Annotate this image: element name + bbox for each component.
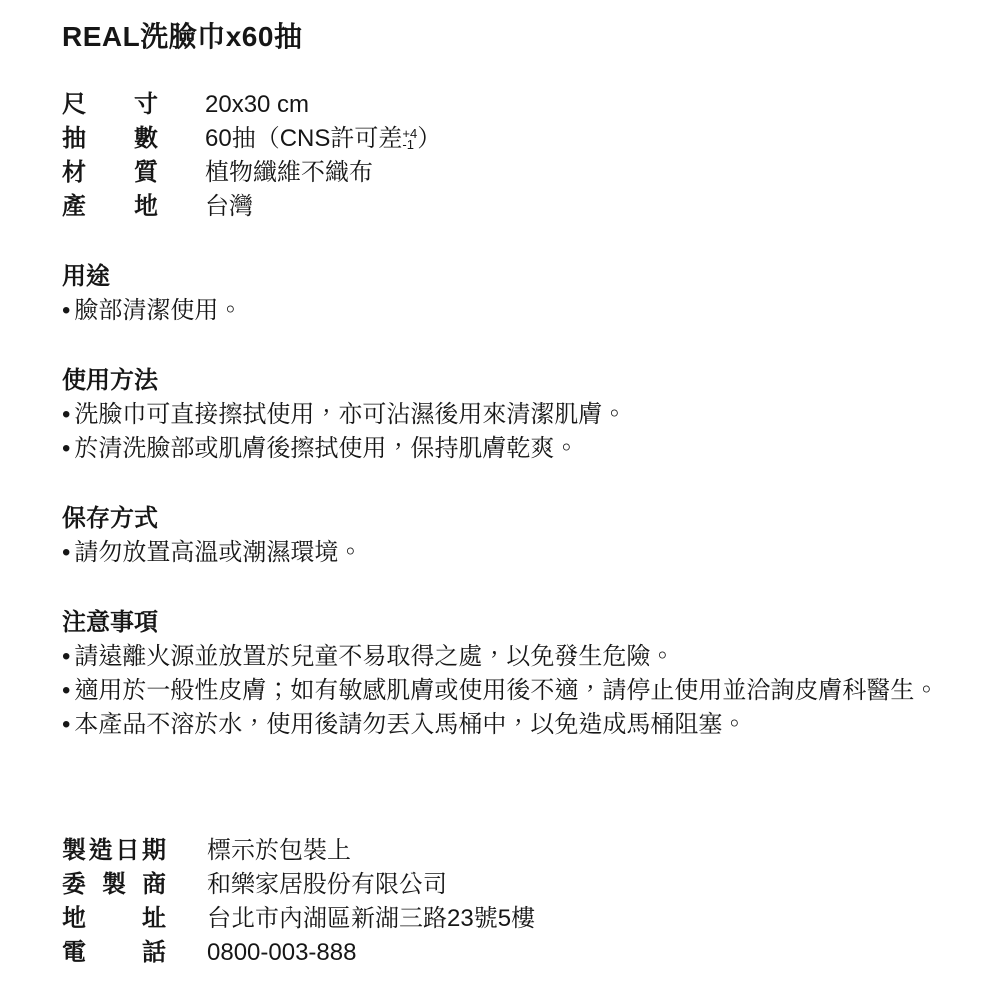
spec-list: 尺寸 20x30 cm 抽數 60抽（CNS許可差+4-1） 材質 植物纖維不織… xyxy=(62,88,980,224)
precautions-bullet-1: • 請遠離火源並放置於兒童不易取得之處，以免發生危險。 xyxy=(62,640,980,674)
storage-bullet-1: • 請勿放置高溫或潮濕環境。 xyxy=(62,536,980,570)
spec-value-size: 20x30 cm xyxy=(205,88,309,122)
mfr-value-phone: 0800-003-888 xyxy=(207,936,356,970)
mfr-value-commissioner: 和樂家居股份有限公司 xyxy=(207,868,447,902)
usage-bullet-1: • 臉部清潔使用。 xyxy=(62,294,980,328)
bullet-icon: • xyxy=(62,294,70,328)
spec-value-material: 植物纖維不織布 xyxy=(205,156,373,190)
spec-count-suffix: ） xyxy=(417,125,441,152)
precautions-bullet-2: • 適用於一般性皮膚；如有敏感肌膚或使用後不適，請停止使用並洽詢皮膚科醫生。 xyxy=(62,674,980,708)
precautions-bullet-3-text: 本產品不溶於水，使用後請勿丟入馬桶中，以免造成馬桶阻塞。 xyxy=(74,708,746,742)
spec-label-size: 尺寸 xyxy=(62,88,158,122)
mfr-label-mfg-date: 製造日期 xyxy=(62,834,166,868)
bullet-icon: • xyxy=(62,536,70,570)
section-precautions-heading: 注意事項 xyxy=(62,606,980,640)
mfr-row-phone: 電話 0800-003-888 xyxy=(62,936,980,970)
tolerance-stack: +4-1 xyxy=(402,128,417,150)
spec-row-count: 抽數 60抽（CNS許可差+4-1） xyxy=(62,122,980,156)
spec-row-material: 材質 植物纖維不織布 xyxy=(62,156,980,190)
precautions-bullet-1-text: 請遠離火源並放置於兒童不易取得之處，以免發生危險。 xyxy=(74,640,674,674)
bullet-icon: • xyxy=(62,398,70,432)
spec-label-count: 抽數 xyxy=(62,122,158,156)
mfr-label-commissioner: 委製商 xyxy=(62,868,166,902)
how-to-use-bullet-2-text: 於清洗臉部或肌膚後擦拭使用，保持肌膚乾爽。 xyxy=(74,432,578,466)
product-title: REAL洗臉巾x60抽 xyxy=(62,20,980,54)
bullet-icon: • xyxy=(62,708,70,742)
usage-bullet-1-text: 臉部清潔使用。 xyxy=(74,294,242,328)
section-usage-heading: 用途 xyxy=(62,260,980,294)
precautions-bullet-3: • 本產品不溶於水，使用後請勿丟入馬桶中，以免造成馬桶阻塞。 xyxy=(62,708,980,742)
spec-row-origin: 產地 台灣 xyxy=(62,190,980,224)
section-storage-heading: 保存方式 xyxy=(62,502,980,536)
section-how-to-use: 使用方法 • 洗臉巾可直接擦拭使用，亦可沾濕後用來清潔肌膚。 • 於清洗臉部或肌… xyxy=(62,364,980,466)
how-to-use-bullet-2: • 於清洗臉部或肌膚後擦拭使用，保持肌膚乾爽。 xyxy=(62,432,980,466)
how-to-use-bullet-1-text: 洗臉巾可直接擦拭使用，亦可沾濕後用來清潔肌膚。 xyxy=(74,398,626,432)
spec-row-size: 尺寸 20x30 cm xyxy=(62,88,980,122)
mfr-row-mfg-date: 製造日期 標示於包裝上 xyxy=(62,834,980,868)
section-how-to-use-heading: 使用方法 xyxy=(62,364,980,398)
tolerance-sub: -1 xyxy=(402,139,414,150)
spec-value-origin: 台灣 xyxy=(205,190,253,224)
section-storage: 保存方式 • 請勿放置高溫或潮濕環境。 xyxy=(62,502,980,570)
section-usage: 用途 • 臉部清潔使用。 xyxy=(62,260,980,328)
bullet-icon: • xyxy=(62,674,70,708)
spec-label-origin: 產地 xyxy=(62,190,158,224)
storage-bullet-1-text: 請勿放置高溫或潮濕環境。 xyxy=(74,536,362,570)
mfr-value-mfg-date: 標示於包裝上 xyxy=(207,834,351,868)
mfr-label-phone: 電話 xyxy=(62,936,166,970)
section-precautions: 注意事項 • 請遠離火源並放置於兒童不易取得之處，以免發生危險。 • 適用於一般… xyxy=(62,606,980,742)
precautions-bullet-2-text: 適用於一般性皮膚；如有敏感肌膚或使用後不適，請停止使用並洽詢皮膚科醫生。 xyxy=(74,674,938,708)
how-to-use-bullet-1: • 洗臉巾可直接擦拭使用，亦可沾濕後用來清潔肌膚。 xyxy=(62,398,980,432)
mfr-value-address: 台北市內湖區新湖三路23號5樓 xyxy=(207,902,535,936)
bullet-icon: • xyxy=(62,640,70,674)
mfr-row-address: 地址 台北市內湖區新湖三路23號5樓 xyxy=(62,902,980,936)
spec-value-count: 60抽（CNS許可差+4-1） xyxy=(205,122,441,156)
bullet-icon: • xyxy=(62,432,70,466)
product-spec-document: REAL洗臉巾x60抽 尺寸 20x30 cm 抽數 60抽（CNS許可差+4-… xyxy=(0,0,1000,1000)
mfr-label-address: 地址 xyxy=(62,902,166,936)
spec-label-material: 材質 xyxy=(62,156,158,190)
spec-count-prefix: 60抽（CNS許可差 xyxy=(205,125,402,152)
mfr-row-commissioner: 委製商 和樂家居股份有限公司 xyxy=(62,868,980,902)
manufacturer-info-list: 製造日期 標示於包裝上 委製商 和樂家居股份有限公司 地址 台北市內湖區新湖三路… xyxy=(62,834,980,970)
